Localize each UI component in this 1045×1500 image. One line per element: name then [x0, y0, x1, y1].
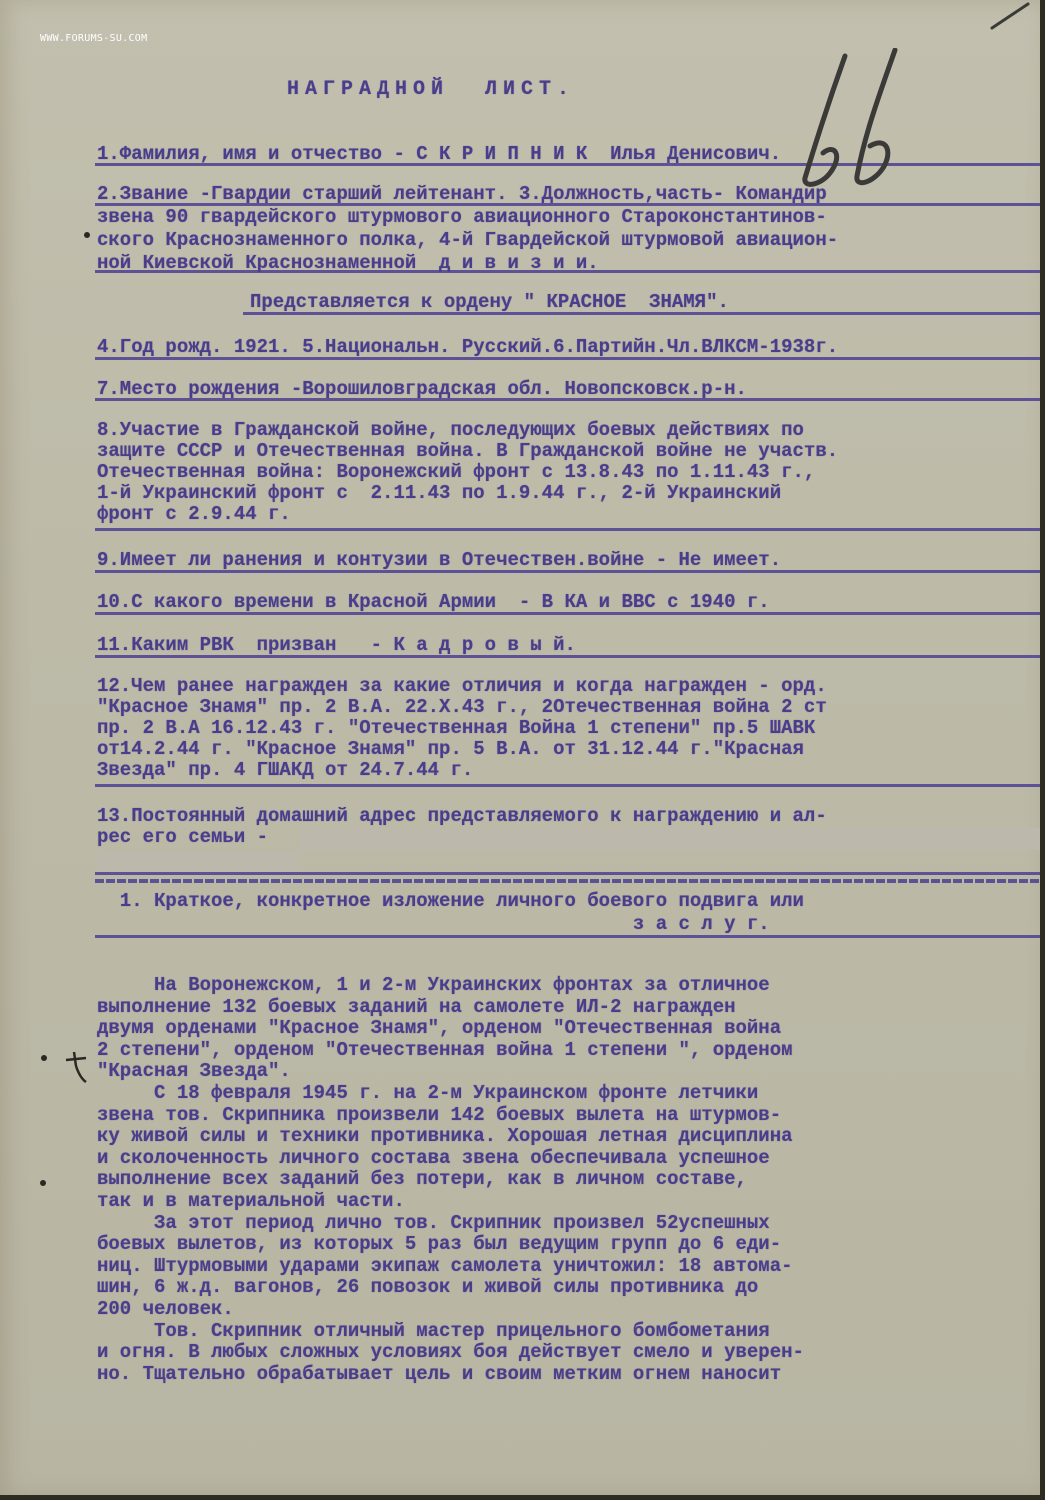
redacted-address: [300, 828, 1040, 850]
nomination-line: Представляется к ордену " КРАСНОЕ ЗНАМЯ"…: [250, 291, 729, 314]
narrative-line: 200 человек.: [97, 1299, 804, 1321]
punch-hole-mark: [35, 1176, 55, 1190]
punch-hole-mark: [80, 228, 94, 242]
narrative-line: Тов. Скрипник отличный мастер прицельног…: [97, 1321, 804, 1343]
field-line: 8.Участие в Гражданской войне, последующ…: [97, 420, 838, 441]
underline: [95, 528, 1040, 531]
field-line: Звезда" пр. 4 ГШАКД от 24.7.44 г.: [97, 760, 827, 781]
punch-hole-mark: [36, 1048, 96, 1088]
double-dash-separator: [95, 879, 1040, 883]
scan-edge-bottom: [0, 1495, 1045, 1500]
section-heading-line: з а с л у г.: [97, 913, 804, 936]
narrative-line: звена тов. Скрипника произвели 142 боевы…: [97, 1105, 804, 1127]
field-line: пр. 2 В.А 16.12.43 г. "Отечественная Вой…: [97, 718, 827, 739]
narrative-line: За этот период лично тов. Скрипник произ…: [97, 1213, 804, 1235]
handwritten-number-66: [795, 48, 915, 188]
narrative-line: С 18 февраля 1945 г. на 2-м Украинском ф…: [97, 1083, 804, 1105]
field-line: ского Краснознаменного полка, 4-й Гварде…: [97, 229, 838, 252]
pencil-mark: [990, 0, 1030, 30]
document-title: НАГРАДНОЙ ЛИСТ.: [287, 78, 575, 101]
field-9-wounds: 9.Имеет ли ранения и контузии в Отечеств…: [97, 549, 781, 572]
watermark: WWW.FORUMS-SU.COM: [40, 33, 147, 44]
field-11-conscription: 11.Каким РВК призван - К а д р о в ы й.: [97, 634, 576, 657]
underline: [95, 270, 1040, 273]
narrative-line: выполнение всех заданий без потери, как …: [97, 1169, 804, 1191]
field-line: фронт с 2.9.44 г.: [97, 504, 838, 525]
underline: [95, 655, 1040, 658]
field-line: звена 90 гвардейского штурмового авиацио…: [97, 206, 838, 229]
field-8-war-participation: 8.Участие в Гражданской войне, последующ…: [97, 420, 838, 525]
narrative-line: и огня. В любых сложных условиях боя дей…: [97, 1342, 804, 1364]
section-heading-line: 1. Краткое, конкретное изложение личного…: [97, 890, 804, 913]
narrative-line: выполнение 132 боевых заданий на самолет…: [97, 997, 804, 1019]
narrative-line: "Красная Звезда".: [97, 1061, 804, 1083]
narrative-line: так и в материальной части.: [97, 1191, 804, 1213]
field-4-6-birth-nationality-party: 4.Год рожд. 1921. 5.Национальн. Русский.…: [97, 336, 838, 359]
underline: [95, 203, 1040, 206]
section-1-heading: 1. Краткое, конкретное изложение личного…: [97, 890, 804, 936]
field-line: Отечественная война: Воронежский фронт с…: [97, 462, 838, 483]
narrative-line: и сколоченность личного состава звена об…: [97, 1148, 804, 1170]
narrative-line: На Воронежском, 1 и 2-м Украинских фронт…: [97, 975, 804, 997]
narrative-line: шин, 6 ж.д. вагонов, 26 повозок и живой …: [97, 1277, 804, 1299]
field-line: 12.Чем ранее награжден за какие отличия …: [97, 676, 827, 697]
narrative-text: На Воронежском, 1 и 2-м Украинских фронт…: [97, 975, 804, 1385]
field-line: "Красное Знамя" пр. 2 В.А. 22.Х.43 г., 2…: [97, 697, 827, 718]
field-line: от14.2.44 г. "Красное Знамя" пр. 5 В.А. …: [97, 739, 827, 760]
narrative-line: ниц. Штурмовыми ударами экипаж самолета …: [97, 1256, 804, 1278]
field-2-rank-position: 2.Звание -Гвардии старший лейтенант. 3.Д…: [97, 183, 838, 275]
narrative-line: ку живой силы и техники противника. Хоро…: [97, 1126, 804, 1148]
field-line: защите СССР и Отечественная война. В Гра…: [97, 441, 838, 462]
underline: [95, 872, 1040, 875]
underline: [95, 612, 1040, 615]
narrative-line: боевых вылетов, из которых 5 раз был вед…: [97, 1234, 804, 1256]
field-line: 1-й Украинский фронт с 2.11.43 по 1.9.44…: [97, 483, 838, 504]
redacted-address: [97, 851, 297, 873]
underline: [243, 312, 1040, 315]
underline: [95, 784, 1040, 787]
field-line: 13.Постоянный домашний адрес представляе…: [97, 806, 827, 827]
narrative-line: но. Тщательно обрабатывает цель и своим …: [97, 1364, 804, 1386]
narrative-line: двумя орденами "Красное Знамя", орденом …: [97, 1018, 804, 1040]
field-12-previous-awards: 12.Чем ранее награжден за какие отличия …: [97, 676, 827, 781]
narrative-line: 2 степени", орденом "Отечественная война…: [97, 1040, 804, 1062]
underline: [95, 398, 1040, 401]
underline: [95, 935, 1040, 938]
underline: [95, 570, 1040, 573]
field-10-service-since: 10.С какого времени в Красной Армии - В …: [97, 591, 770, 614]
scan-edge-right: [1040, 0, 1045, 1500]
underline: [95, 357, 1040, 360]
